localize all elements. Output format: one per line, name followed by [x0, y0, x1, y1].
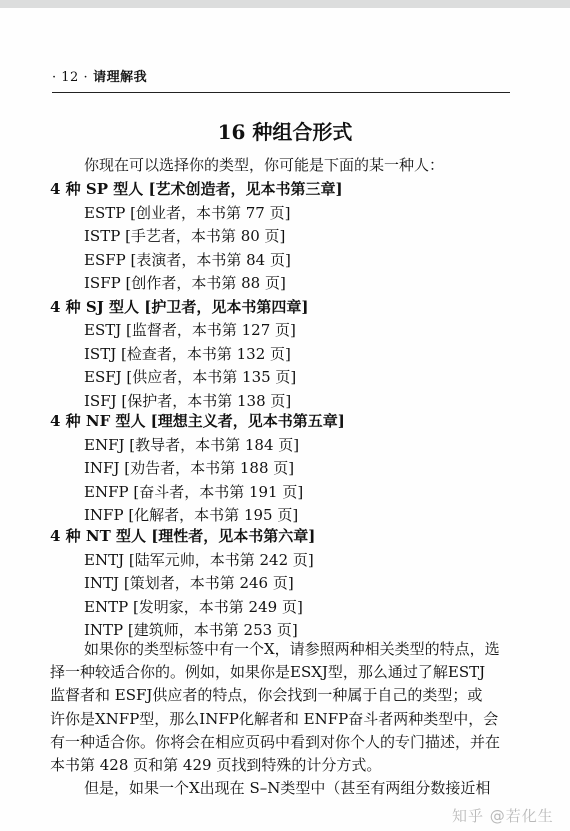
- section-title: 16 种组合形式: [0, 116, 570, 145]
- group-header-sp: 4 种 SP 型人 [艺术创造者，见本书第三章]: [50, 180, 343, 198]
- paragraph-line: 本书第 428 页和第 429 页找到特殊的计分方式。: [50, 754, 512, 777]
- type-item-enfp: ENFP [奋斗者，本书第 191 页]: [84, 483, 303, 501]
- header-rule: [52, 92, 510, 93]
- type-item-entj: ENTJ [陆军元帅，本书第 242 页]: [84, 551, 314, 569]
- type-item-estj: ESTJ [监督者，本书第 127 页]: [84, 321, 296, 339]
- type-item-isfj: ISFJ [保护者，本书第 138 页]: [84, 392, 291, 410]
- group-header-nf: 4 种 NF 型人 [理想主义者，见本书第五章]: [50, 412, 345, 430]
- type-item-estp: ESTP [创业者，本书第 77 页]: [84, 204, 290, 222]
- type-item-isfp: ISFP [创作者，本书第 88 页]: [84, 274, 286, 292]
- type-item-intp: INTP [建筑师，本书第 253 页]: [84, 621, 298, 639]
- type-item-intj: INTJ [策划者，本书第 246 页]: [84, 574, 294, 592]
- type-item-esfj: ESFJ [供应者，本书第 135 页]: [84, 368, 296, 386]
- paragraph-line: 如果你的类型标签中有一个X，请参照两种相关类型的特点，选: [50, 638, 512, 661]
- paragraph-s-n: 但是，如果一个X出现在 S–N类型中（甚至有两组分数接近相: [50, 777, 512, 800]
- book-page: · 12 · 请理解我 16 种组合形式 你现在可以选择你的类型，你可能是下面的…: [0, 8, 570, 831]
- group-header-sj: 4 种 SJ 型人 [护卫者，见本书第四章]: [50, 298, 308, 316]
- paragraph-line: 有一种适合你。你将会在相应页码中看到对你个人的专门描述，并在: [50, 731, 512, 754]
- paragraph-line: 许你是XNFP型，那么INFP化解者和 ENFP奋斗者两种类型中，会: [50, 708, 512, 731]
- paragraph-line: 监督者和 ESFJ供应者的特点，你会找到一种属于自己的类型；或: [50, 684, 512, 707]
- type-item-enfj: ENFJ [教导者，本书第 184 页]: [84, 436, 299, 454]
- paragraph-line: 但是，如果一个X出现在 S–N类型中（甚至有两组分数接近相: [50, 777, 512, 800]
- type-item-infp: INFP [化解者，本书第 195 页]: [84, 506, 298, 524]
- type-item-istp: ISTP [手艺者，本书第 80 页]: [84, 227, 285, 245]
- watermark: 知乎 @若化生: [452, 805, 554, 826]
- running-head: · 12 · 请理解我: [52, 66, 147, 85]
- page-number: · 12 ·: [52, 70, 88, 85]
- top-bar: [0, 0, 570, 8]
- paragraph-line: 择一种较适合你的。例如，如果你是ESXJ型，那么通过了解ESTJ: [50, 661, 512, 684]
- type-item-infj: INFJ [劝告者，本书第 188 页]: [84, 459, 294, 477]
- type-item-entp: ENTP [发明家，本书第 249 页]: [84, 598, 303, 616]
- type-item-istj: ISTJ [检查者，本书第 132 页]: [84, 345, 291, 363]
- group-header-nt: 4 种 NT 型人 [理性者，见本书第六章]: [50, 527, 315, 545]
- intro-text: 你现在可以选择你的类型，你可能是下面的某一种人：: [84, 156, 444, 174]
- type-item-esfp: ESFP [表演者，本书第 84 页]: [84, 251, 291, 269]
- paragraph-x-explanation: 如果你的类型标签中有一个X，请参照两种相关类型的特点，选 择一种较适合你的。例如…: [50, 638, 512, 777]
- book-title: 请理解我: [93, 70, 147, 85]
